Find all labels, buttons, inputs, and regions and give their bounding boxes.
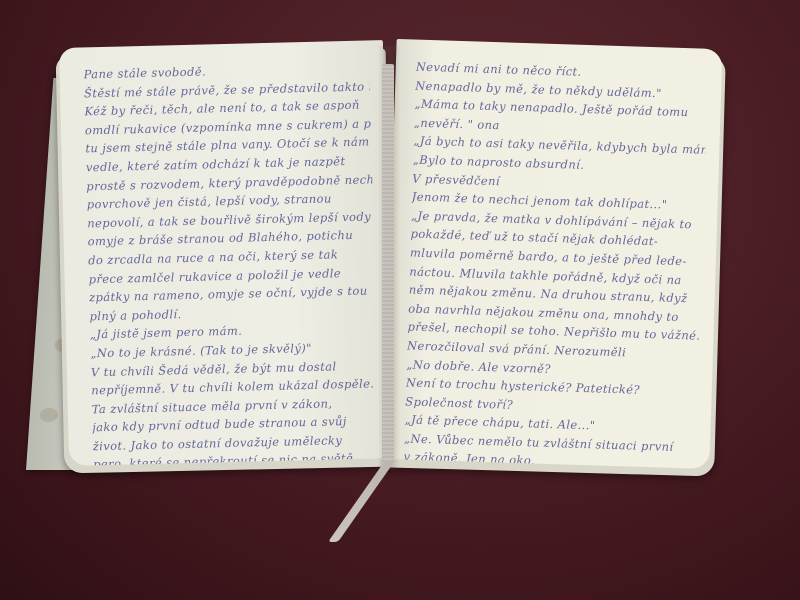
bookmark-ribbon-tail bbox=[328, 462, 394, 542]
right-page: Nevadí mi ani to něco říct. Nenapadlo by… bbox=[383, 39, 722, 469]
bookmark-ribbon bbox=[382, 64, 394, 464]
photo-scene: Pane stále svobodě. Štěstí mé stále práv… bbox=[0, 0, 800, 600]
cover-stain bbox=[39, 408, 58, 422]
left-page: Pane stále svobodě. Štěstí mé stále práv… bbox=[59, 40, 393, 466]
left-page-handwriting: Pane stále svobodě. Štěstí mé stále práv… bbox=[83, 58, 379, 465]
right-page-handwriting: Nevadí mi ani to něco říct. Nenapadlo by… bbox=[402, 58, 708, 469]
